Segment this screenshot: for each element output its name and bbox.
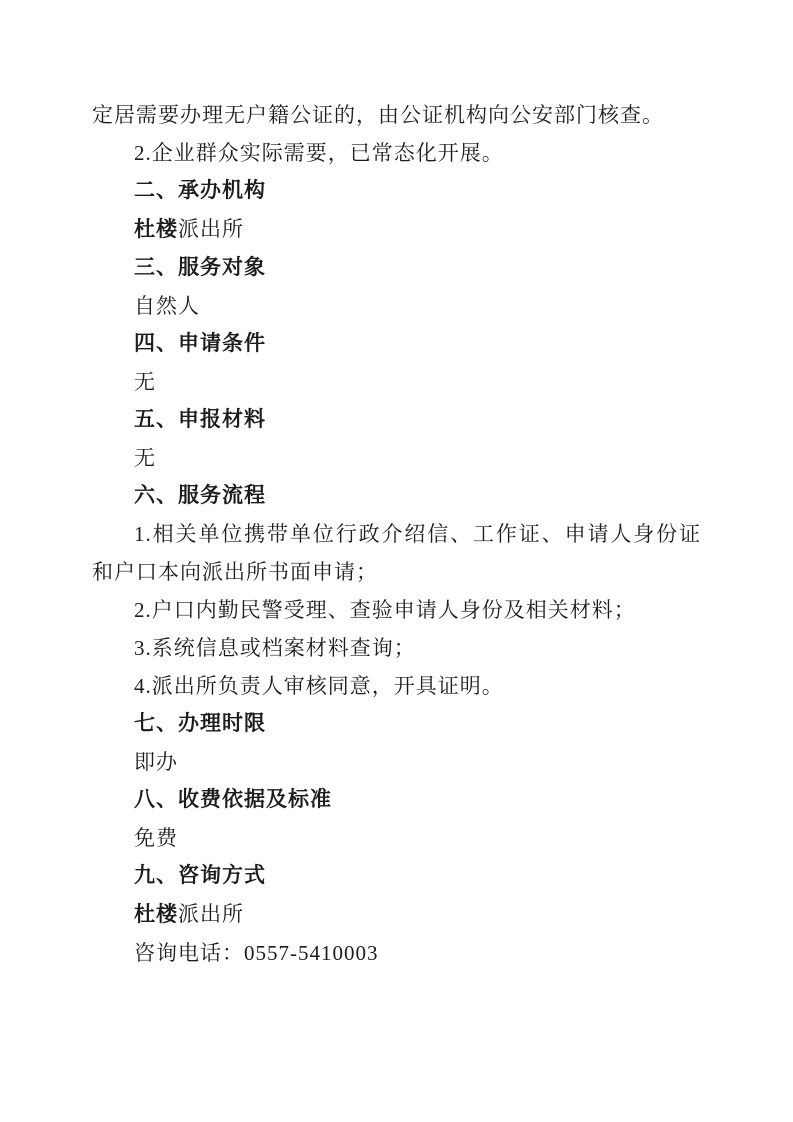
paragraph-service-target: 自然人 <box>92 287 701 325</box>
section-heading-service-process: 六、服务流程 <box>92 477 701 515</box>
section-heading-fees: 八、收费依据及标准 <box>92 781 701 819</box>
paragraph-process-step-1: 1.相关单位携带单位行政介绍信、工作证、申请人身份证和户口本向派出所书面申请； <box>92 515 701 591</box>
paragraph-processing-time: 即办 <box>92 743 701 781</box>
paragraph-organization: 杜楼派出所 <box>92 210 701 249</box>
paragraph-application-conditions: 无 <box>92 363 701 401</box>
document-body: 定居需要办理无户籍公证的，由公证机构向公安部门核查。 2.企业群众实际需要，已常… <box>92 96 701 972</box>
paragraph-process-step-3: 3.系统信息或档案材料查询； <box>92 629 701 667</box>
paragraph-continuation: 定居需要办理无户籍公证的，由公证机构向公安部门核查。 <box>92 96 701 134</box>
organization-name-rest: 派出所 <box>178 902 244 926</box>
organization-name-rest: 派出所 <box>178 217 244 241</box>
section-heading-service-target: 三、服务对象 <box>92 249 701 287</box>
paragraph-process-step-2: 2.户口内勤民警受理、查验申请人身份及相关材料； <box>92 591 701 629</box>
document-page: 定居需要办理无户籍公证的，由公证机构向公安部门核查。 2.企业群众实际需要，已常… <box>0 0 793 1122</box>
paragraph: 2.企业群众实际需要，已常态化开展。 <box>92 134 701 172</box>
paragraph-application-materials: 无 <box>92 439 701 477</box>
organization-name-bold: 杜楼 <box>134 218 178 241</box>
paragraph-fees: 免费 <box>92 819 701 857</box>
organization-name-bold: 杜楼 <box>134 903 178 926</box>
paragraph-consultation-phone: 咨询电话：0557-5410003 <box>92 934 701 972</box>
section-heading-processing-time: 七、办理时限 <box>92 705 701 743</box>
paragraph-consultation-org: 杜楼派出所 <box>92 895 701 934</box>
section-heading-consultation: 九、咨询方式 <box>92 857 701 895</box>
section-heading-application-materials: 五、申报材料 <box>92 401 701 439</box>
section-heading-organization: 二、承办机构 <box>92 172 701 210</box>
section-heading-application-conditions: 四、申请条件 <box>92 325 701 363</box>
paragraph-process-step-4: 4.派出所负责人审核同意，开具证明。 <box>92 667 701 705</box>
